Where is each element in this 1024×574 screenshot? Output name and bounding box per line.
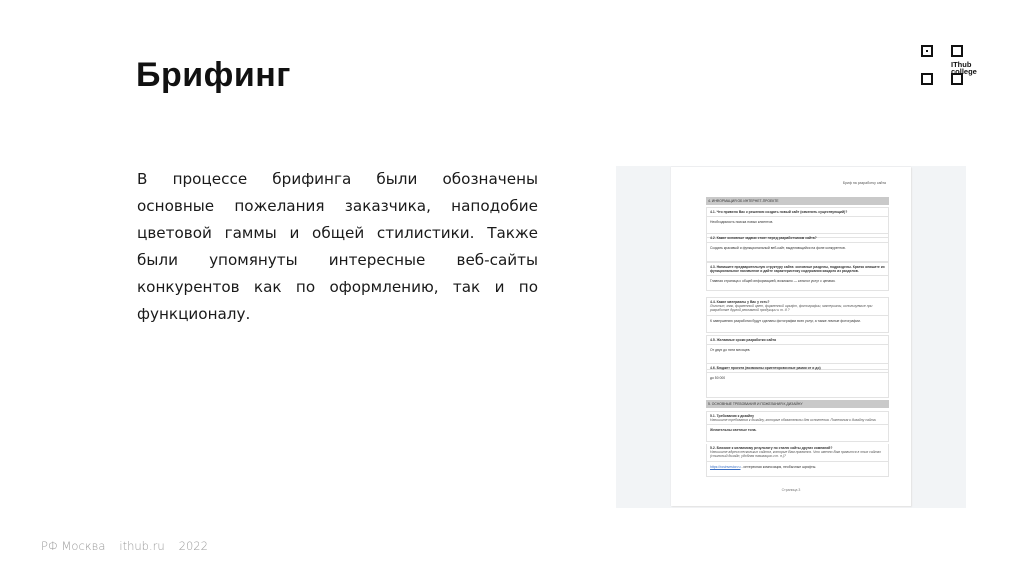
question-text: 4.5. Желаемые сроки разработки сайта (707, 336, 888, 345)
slide-title: Брифинг (136, 56, 291, 95)
logo-text: IThub college (951, 61, 977, 75)
doc-question-5-2: 5.2. Близкие к желаемому результату по с… (706, 444, 889, 477)
answer-text: К завершению разработки будут сделаны фо… (707, 316, 888, 332)
doc-page-number: Страница 3 (671, 488, 911, 492)
slide-footer: РФ Москва ithub.ru 2022 (41, 539, 208, 553)
logo-square-dot-icon (921, 45, 933, 57)
document-preview-panel: Бриф на разработку сайта 4. ИНФОРМАЦИЯ О… (616, 166, 966, 508)
doc-question-4-6: 4.6. Бюджет проекта (возможны ориентиров… (706, 363, 889, 398)
answer-text: https://rosinvestor.ru - интересная комп… (707, 462, 888, 476)
answer-comment: - интересная композиция, необычные шрифт… (741, 465, 817, 469)
document-page: Бриф на разработку сайта 4. ИНФОРМАЦИЯ О… (671, 167, 911, 506)
question-text: 4.3. Напишите предварительную структуру … (707, 263, 888, 276)
answer-text: до 50 000 (707, 373, 888, 397)
logo-line2: college (951, 68, 977, 75)
question-text: 4.6. Бюджет проекта (возможны ориентиров… (707, 364, 888, 373)
question-text: 5.2. Близкие к желаемому результату по с… (707, 444, 888, 462)
doc-question-4-2: 4.2. Какие основные задачи стоят перед р… (706, 233, 889, 262)
footer-year: 2022 (179, 539, 208, 553)
logo-square-icon (951, 45, 963, 57)
ithub-college-logo: IThub college (921, 45, 991, 90)
slide-body-text: В процессе брифинга были обозначены осно… (137, 166, 538, 328)
answer-text: Желательны светлые тона. (707, 425, 888, 441)
doc-section-4-title: 4. ИНФОРМАЦИЯ ОБ ИНТЕРНЕТ-ПРОЕКТЕ (706, 197, 889, 205)
question-text: 4.2. Какие основные задачи стоят перед р… (707, 234, 888, 243)
doc-section-5-title: 5. ОСНОВНЫЕ ТРЕБОВАНИЯ И ПОЖЕЛАНИЯ К ДИЗ… (706, 400, 889, 408)
doc-question-4-3: 4.3. Напишите предварительную структуру … (706, 262, 889, 291)
footer-location: РФ Москва (41, 539, 105, 553)
doc-header: Бриф на разработку сайта (843, 181, 886, 185)
logo-square-icon (921, 73, 933, 85)
question-hint: Напишите адреса нескольких сайтов, котор… (710, 450, 885, 458)
question-text: 5.1. Требования к дизайну Напишите требо… (707, 412, 888, 425)
footer-site: ithub.ru (119, 539, 164, 553)
question-text: 4.1. Что привело Вас к решению создать н… (707, 208, 888, 217)
question-hint: Логотип, знак, фирменный цвет, фирменный… (710, 304, 885, 312)
question-text: 4.4. Какие материалы у Вас у есть? Логот… (707, 298, 888, 316)
answer-text: Главная страница с общей информацией, во… (707, 276, 888, 290)
doc-question-4-4: 4.4. Какие материалы у Вас у есть? Логот… (706, 297, 889, 333)
question-hint: Напишите требования к дизайну, которые о… (710, 418, 885, 422)
answer-text: Создать красивый и функциональный веб-са… (707, 243, 888, 261)
doc-question-5-1: 5.1. Требования к дизайну Напишите требо… (706, 411, 889, 442)
competitor-site-link[interactable]: https://rosinvestor.ru (710, 465, 741, 469)
